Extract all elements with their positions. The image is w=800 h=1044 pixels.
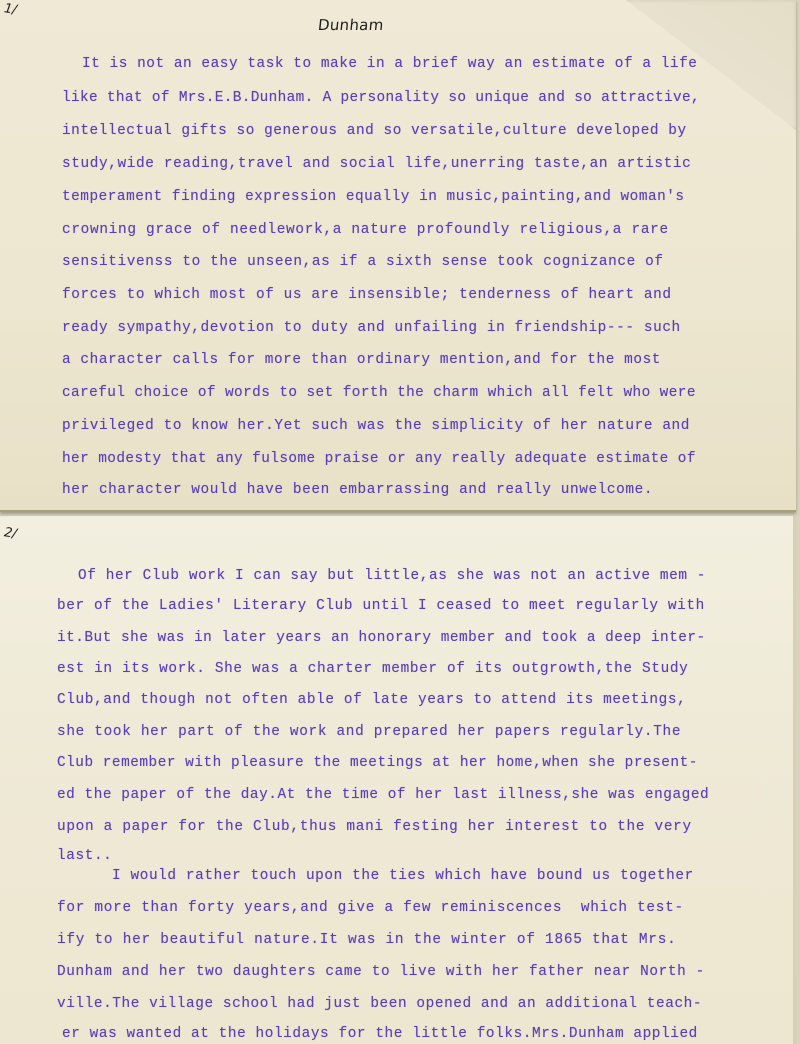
typed-line: ville.The village school had just been o… <box>57 996 702 1012</box>
typed-line: temperament finding expression equally i… <box>62 189 685 205</box>
typed-line: ber of the Ladies' Literary Club until I… <box>57 598 705 614</box>
handwritten-title: Dunham <box>317 16 385 34</box>
typed-line: Dunham and her two daughters came to liv… <box>57 964 705 980</box>
page-number-2: 2/ <box>3 525 18 542</box>
typed-line: ify to her beautiful nature.It was in th… <box>57 932 676 948</box>
typed-line: privileged to know her.Yet such was the … <box>62 418 690 434</box>
typed-line: her modesty that any fulsome praise or a… <box>62 451 696 467</box>
typed-line: for more than forty years,and give a few… <box>57 900 684 916</box>
typed-line: sensitivenss to the unseen,as if a sixth… <box>62 254 664 270</box>
typed-line: upon a paper for the Club,thus mani fest… <box>57 819 692 835</box>
typed-line: a character calls for more than ordinary… <box>62 352 661 368</box>
typed-page-2: 2/ Of her Club work I can say but little… <box>0 516 796 1044</box>
typed-line: last.. <box>57 848 112 864</box>
typed-line: like that of Mrs.E.B.Dunham. A personali… <box>62 90 700 106</box>
typed-line: est in its work. She was a charter membe… <box>57 661 688 677</box>
typed-line: It is not an easy task to make in a brie… <box>82 56 697 72</box>
typed-line: Club,and though not often able of late y… <box>57 692 686 708</box>
typed-line: intellectual gifts so generous and so ve… <box>62 123 687 139</box>
typed-line: she took her part of the work and prepar… <box>57 724 681 740</box>
typed-line: ready sympathy,devotion to duty and unfa… <box>62 320 681 336</box>
typed-line: it.But she was in later years an honorar… <box>57 630 706 646</box>
typed-line: study,wide reading,travel and social lif… <box>62 156 691 172</box>
typed-line: her character would have been embarrassi… <box>62 482 653 498</box>
typed-line: crowning grace of needlework,a nature pr… <box>62 222 669 238</box>
typed-line: careful choice of words to set forth the… <box>62 385 696 401</box>
page-number-1: 1/ <box>3 1 18 18</box>
typed-line: I would rather touch upon the ties which… <box>112 868 694 884</box>
typed-page-1: 1/ Dunham It is not an easy task to make… <box>0 0 796 512</box>
typed-line: Club remember with pleasure the meetings… <box>57 755 698 771</box>
typed-line: er was wanted at the holidays for the li… <box>62 1026 698 1042</box>
typed-line: ed the paper of the day.At the time of h… <box>57 787 709 803</box>
typed-line: Of her Club work I can say but little,as… <box>78 568 706 584</box>
typed-line: forces to which most of us are insensibl… <box>62 287 672 303</box>
